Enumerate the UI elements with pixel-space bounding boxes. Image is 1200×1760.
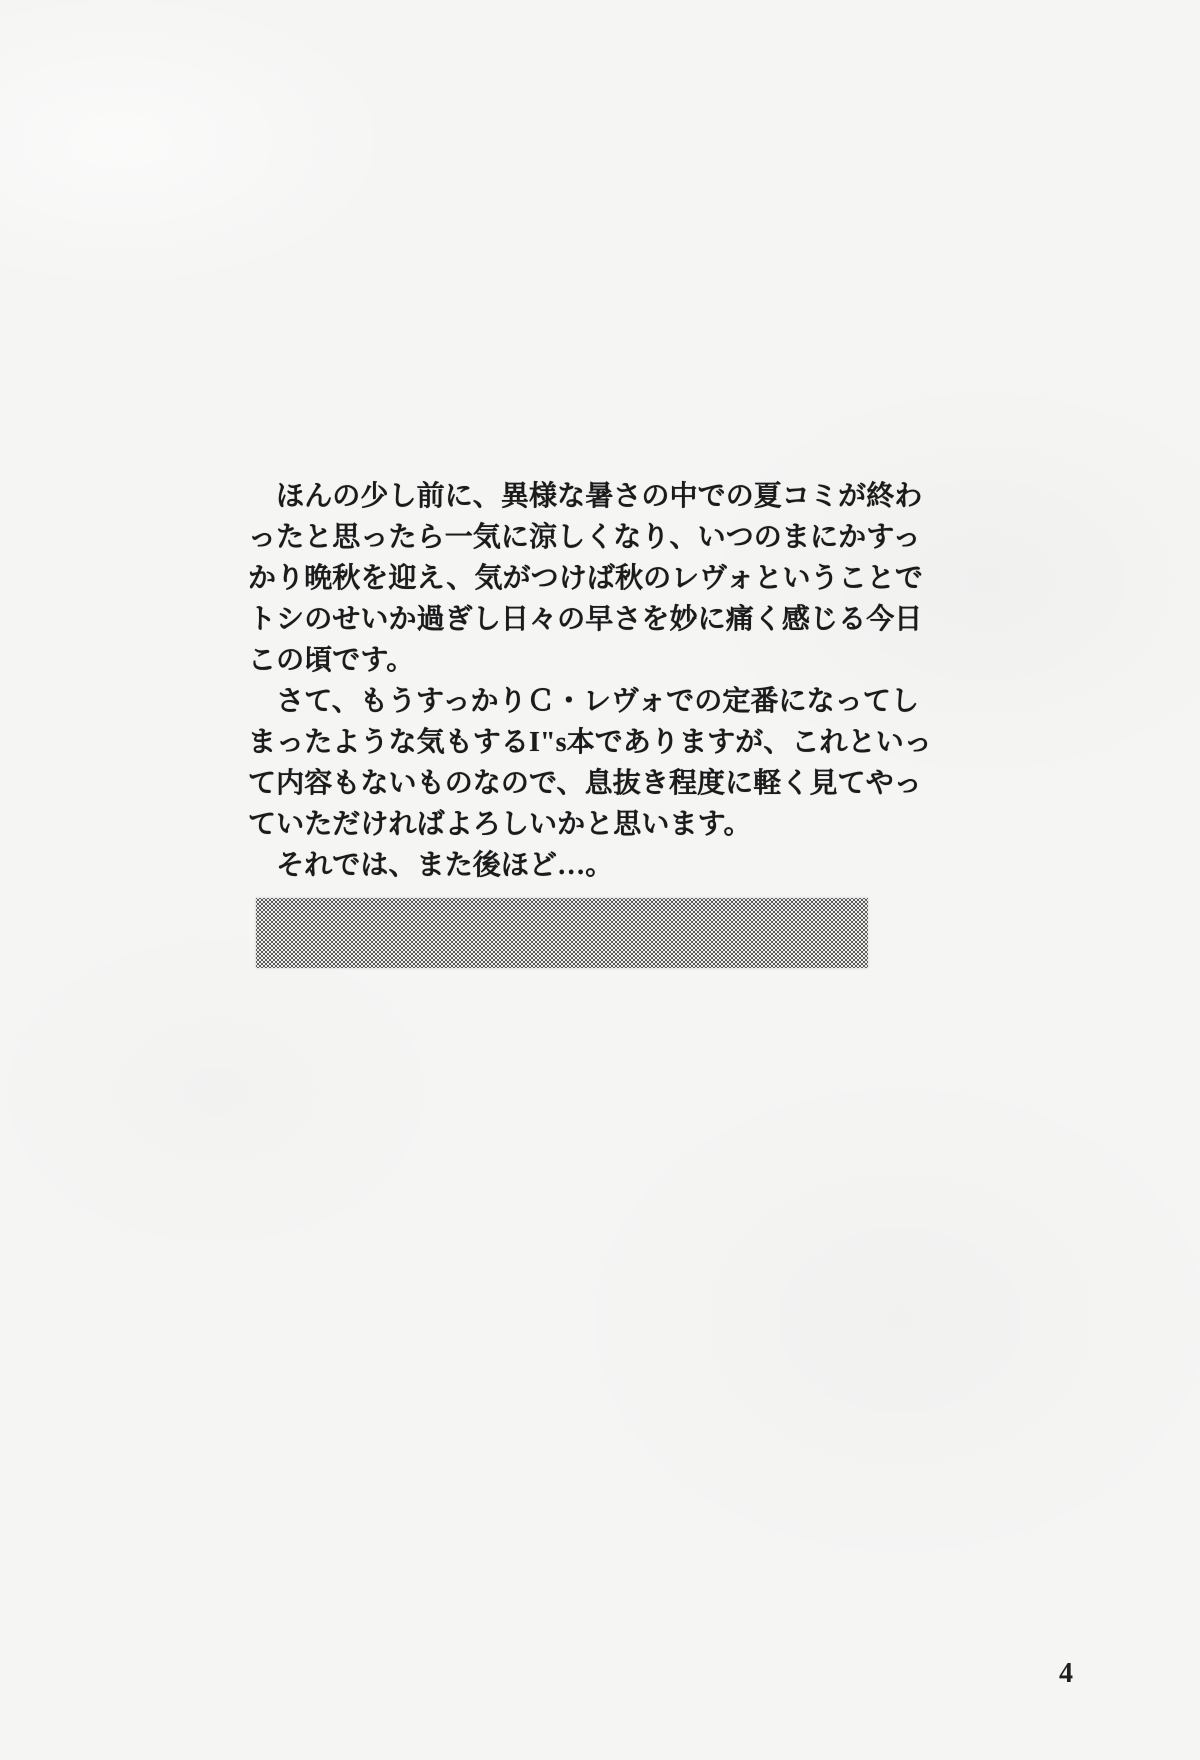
- text-line: この頃です。: [248, 640, 848, 681]
- halftone-divider-bar: [256, 898, 868, 968]
- text-line: ったと思ったら一気に涼しくなり、いつのまにかすっ: [248, 517, 848, 558]
- text-line: ていただければよろしいかと思います。: [248, 804, 848, 845]
- text-line: かり晩秋を迎え、気がつけば秋のレヴォということで: [248, 558, 848, 599]
- scanned-doujinshi-page: { "page": { "number": "4", "background_c…: [0, 0, 1200, 1760]
- foreword-text-block: ほんの少し前に、異様な暑さの中での夏コミが終わ ったと思ったら一気に涼しくなり、…: [248, 476, 848, 886]
- text-line: それでは、また後ほど…。: [248, 845, 848, 886]
- page-number: 4: [1046, 1658, 1086, 1690]
- text-line: トシのせいか過ぎし日々の早さを妙に痛く感じる今日: [248, 599, 848, 640]
- text-line: まったような気もするI"s本でありますが、これといっ: [248, 722, 848, 763]
- text-line: ほんの少し前に、異様な暑さの中での夏コミが終わ: [248, 476, 848, 517]
- text-line: て内容もないものなので、息抜き程度に軽く見てやっ: [248, 763, 848, 804]
- text-line: さて、もうすっかりＣ・レヴォでの定番になってし: [248, 681, 848, 722]
